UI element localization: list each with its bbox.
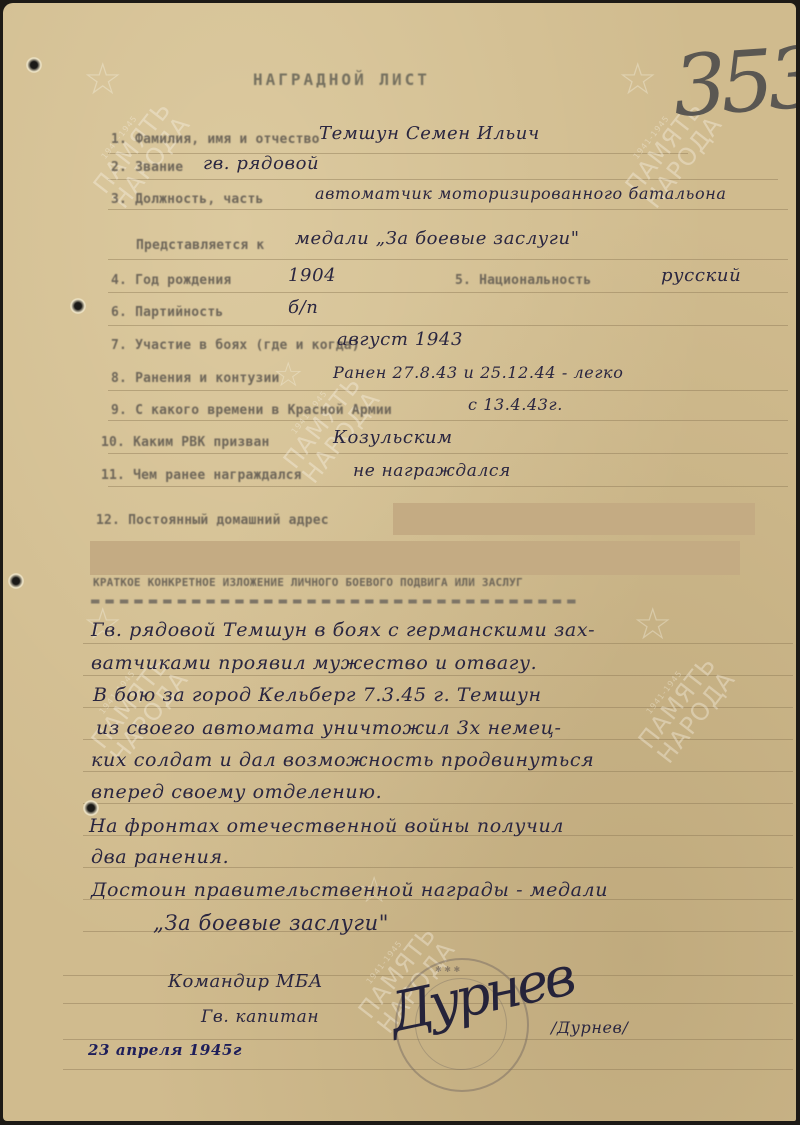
signer-name: /Дурнев/: [551, 1018, 628, 1037]
narrative-line: На фронтах отечественной войны получил: [89, 815, 564, 837]
narrative-line: Гв. рядовой Темшун в боях с германскими …: [91, 619, 595, 641]
field-value-previous-awards: не награждался: [353, 461, 511, 481]
watermark-star-icon: ☆: [618, 58, 657, 102]
watermark-years: 1941-1945: [628, 647, 701, 738]
field-value-name: Темшун Семен Ильич: [319, 123, 540, 144]
punch-hole: [70, 298, 86, 314]
narrative-line: ватчиками проявил мужество и отвагу.: [91, 652, 537, 674]
redacted-address: [393, 503, 755, 535]
field-label-home-address: 12. Постоянный домашний адрес: [96, 513, 329, 528]
dotted-divider: ▬▬▬▬▬▬▬▬▬▬▬▬▬▬▬▬▬▬▬▬▬▬▬▬▬▬▬▬▬▬▬▬▬▬: [91, 593, 582, 609]
field-label-party: 6. Партийность: [111, 305, 223, 320]
field-value-nominated: медали „За боевые заслуги": [295, 228, 580, 249]
watermark-star-icon: ☆: [83, 58, 122, 102]
narrative-line: два ранения.: [91, 846, 229, 868]
narrative-line: В бою за город Кельберг 7.3.45 г. Темшун: [93, 684, 542, 706]
field-value-rank: гв. рядовой: [203, 153, 319, 174]
redacted-address-line: [90, 541, 740, 575]
section-header: КРАТКОЕ КОНКРЕТНОЕ ИЗЛОЖЕНИЕ ЛИЧНОГО БОЕ…: [93, 576, 523, 589]
watermark-line1: ПАМЯТЬ: [89, 97, 175, 198]
watermark-star-icon: ☆: [633, 603, 672, 647]
field-value-army-since: с 13.4.43г.: [468, 395, 563, 414]
archive-number: 353: [670, 28, 796, 136]
field-label-position: 3. Должность, часть: [111, 192, 264, 207]
narrative-line: „За боевые заслуги": [153, 911, 389, 935]
field-label-army-since: 9. С какого времени в Красной Армии: [111, 403, 392, 418]
narrative-line: вперед своему отделению.: [91, 781, 382, 803]
field-label-fronts: 7. Участие в боях (где и когда): [111, 338, 360, 353]
field-label-nationality: 5. Национальность: [455, 273, 591, 288]
field-label-name: 1. Фамилия, имя и отчество: [111, 132, 320, 147]
field-label-rank: 2. Звание: [111, 160, 183, 175]
narrative-line: Достоин правительственной награды - меда…: [91, 879, 608, 901]
field-value-fronts: август 1943: [337, 329, 463, 350]
field-label-wounds: 8. Ранения и контузии: [111, 371, 280, 386]
field-label-previous-awards: 11. Чем ранее награждался: [101, 468, 302, 483]
signer-rank: Гв. капитан: [201, 1007, 319, 1027]
field-value-wounds: Ранен 27.8.43 и 25.12.44 - легко: [333, 363, 623, 382]
field-label-recruited-by: 10. Каким РВК призван: [101, 435, 270, 450]
punch-hole: [26, 57, 42, 73]
field-label-birth-year: 4. Год рождения: [111, 273, 231, 288]
watermark-line2: НАРОДА: [653, 667, 739, 768]
document-date: 23 апреля 1945г: [88, 1041, 242, 1059]
narrative-line: ких солдат и дал возможность продвинутьс…: [91, 749, 594, 771]
watermark-line1: ПАМЯТЬ: [634, 652, 720, 753]
field-value-nationality: русский: [661, 265, 741, 286]
field-value-recruited-by: Козульским: [333, 427, 453, 448]
field-value-birth-year: 1904: [288, 265, 336, 286]
field-label-nominated: Представляется к: [136, 238, 264, 253]
document-title: НАГРАДНОЙ ЛИСТ: [253, 70, 430, 89]
award-sheet-page: ☆ 1941-1945 ПАМЯТЬ НАРОДА ☆ 1941-1945 ПА…: [3, 3, 796, 1121]
field-value-position: автоматчик моторизированного батальона: [315, 184, 726, 203]
punch-hole: [8, 573, 24, 589]
signer-position: Командир МБА: [168, 971, 323, 992]
field-value-party: б/п: [288, 297, 318, 318]
narrative-line: из своего автомата уничтожил 3х немец-: [96, 717, 562, 739]
